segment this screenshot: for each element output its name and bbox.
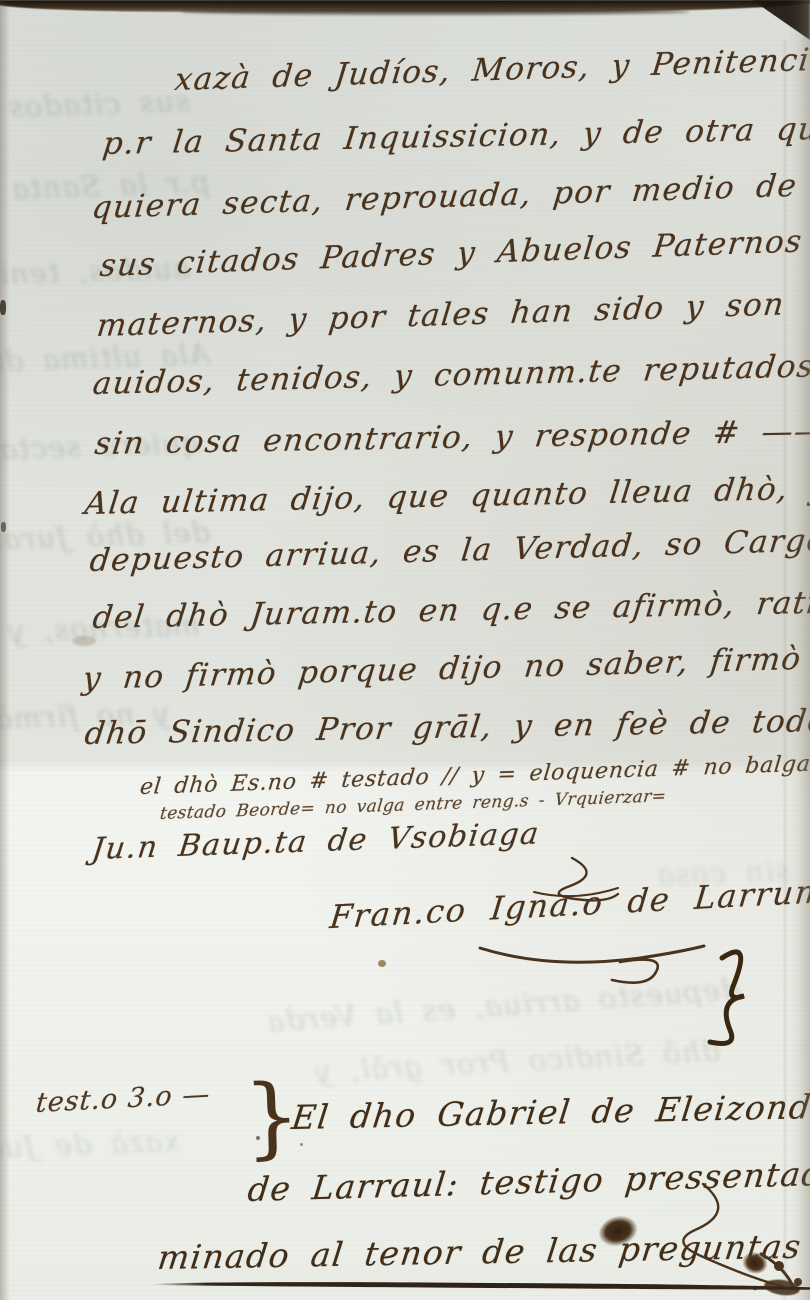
ink-speck [256,1136,260,1140]
signature-underline-flourish [470,930,790,1030]
manuscript-line: Ala ultima dijo, que quanto lleua dhò, y [83,470,810,522]
manuscript-line: depuesto arriua, es la Verdad, so Cargo [88,522,810,579]
manuscript-line: maternos, y por tales han sido y son [95,286,787,344]
manuscript-page: sus citados Padres y Abuelos Paternos y … [0,0,810,1300]
ink-splash-trail [555,1170,810,1300]
witness-line: El dho Gabriel de Eleizondo Vecino de es… [290,1078,810,1137]
page-crease [784,40,786,1300]
witness-margin-label: test.o 3.o — [35,1079,212,1119]
foxing-spot [378,960,386,967]
manuscript-line: quiera secta, reprouada, por medio de [90,168,799,226]
edge-speck [0,300,6,315]
signature-usobiaga: Ju.n Baup.ta de Vsobiaga [90,816,542,867]
bleedthrough-text: sus citados Padres y Abuelos Paternos y [0,84,191,127]
manuscript-line: p.r la Santa Inquissicion, y de otra qua… [101,110,810,162]
manuscript-line: sin cosa encontrario, y responde # ——— [93,413,810,462]
ink-speck [300,1143,303,1146]
page-left-shade [0,0,10,1300]
edge-speck [1,522,6,532]
manuscript-line: dhō Sindico Pror grāl, y en feè de todo … [83,702,810,752]
bleedthrough-text: dhō Sindico Pror grāl, y en feè de todo … [309,1033,720,1088]
page-top-edge-shadow [180,9,690,15]
manuscript-line: sus citados Padres y Abuelos Paternos y [98,222,810,284]
manuscript-line: del dhò Juram.to en q.e se afirmò, ratif… [91,583,810,636]
bleedthrough-text: xazà de Judíos, Moros, y Penitenciados [0,1124,181,1166]
smudge [72,636,96,646]
manuscript-line: auidos, tenidos, y comunm.te reputados [91,348,810,402]
manuscript-line: xazà de Judíos, Moros, y Penitenciados [173,40,810,99]
manuscript-line: y no firmò porque dijo no saber, firmò [81,641,804,697]
page-right-shade [788,0,810,1300]
